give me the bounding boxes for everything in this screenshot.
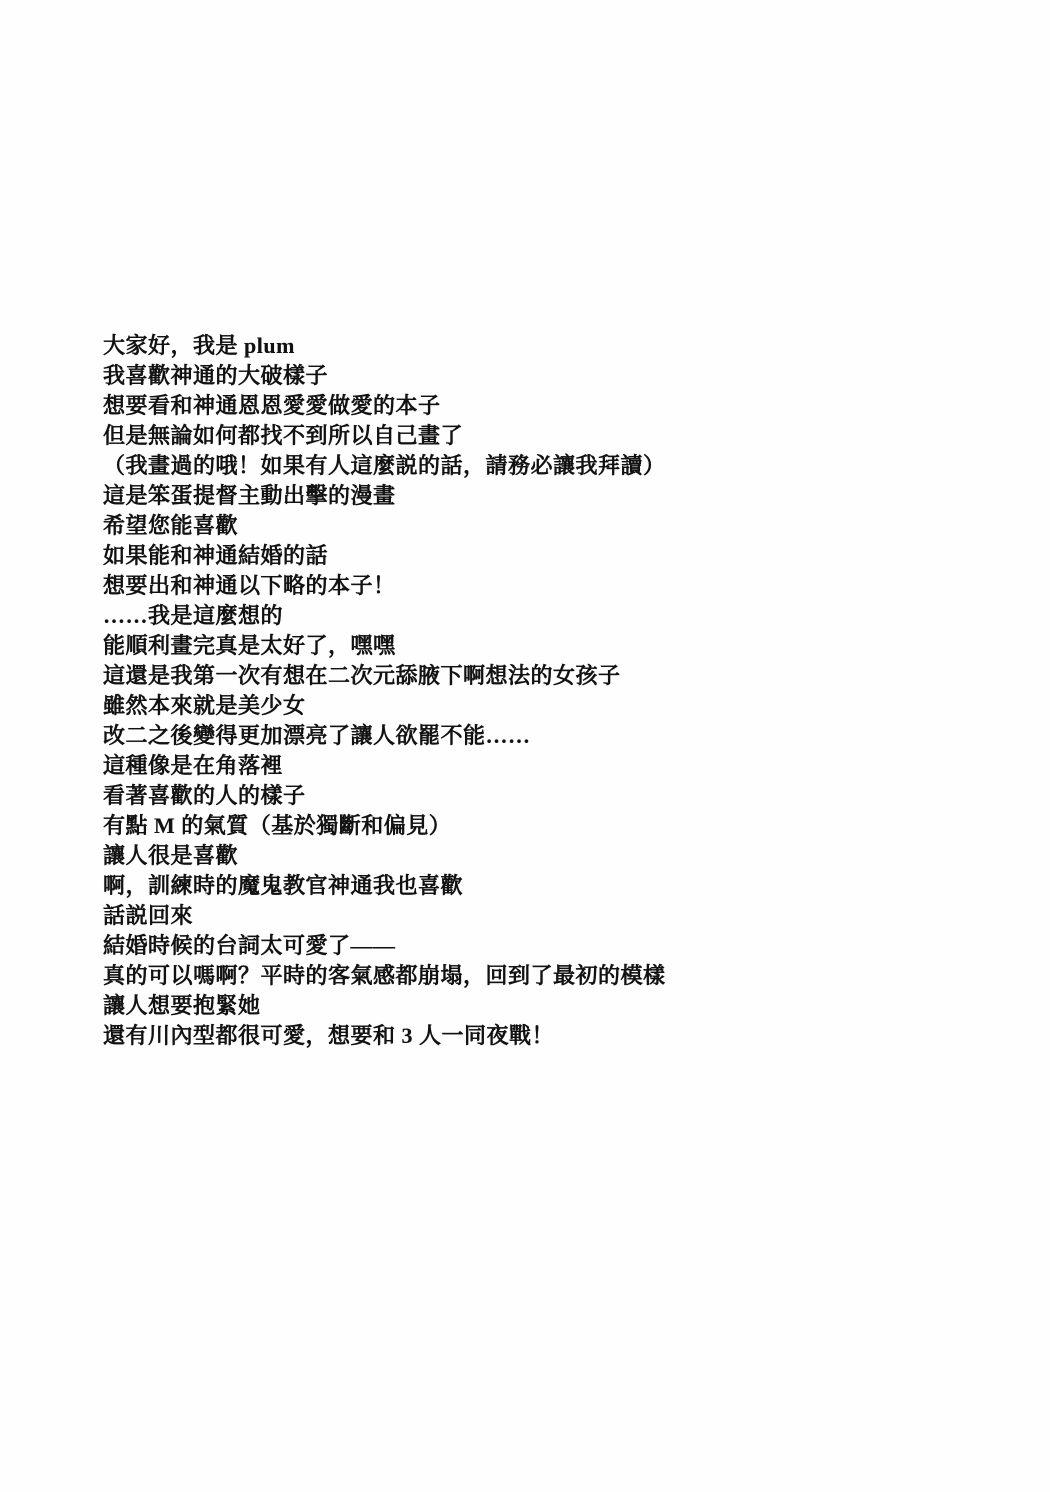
text-line: ……我是這麼想的 xyxy=(103,601,963,631)
text-line: 這是笨蛋提督主動出擊的漫畫 xyxy=(103,481,963,511)
text-line: 讓人想要抱緊她 xyxy=(103,991,963,1021)
text-line: 我喜歡神通的大破樣子 xyxy=(103,361,963,391)
text-line: 想要看和神通恩恩愛愛做愛的本子 xyxy=(103,391,963,421)
text-line: （我畫過的哦！如果有人這麼説的話，請務必讓我拜讀） xyxy=(103,451,963,481)
text-line: 如果能和神通結婚的話 xyxy=(103,541,963,571)
text-line: 啊，訓練時的魔鬼教官神通我也喜歡 xyxy=(103,871,963,901)
text-line: 希望您能喜歡 xyxy=(103,511,963,541)
text-line: 這還是我第一次有想在二次元舔腋下啊想法的女孩子 xyxy=(103,661,963,691)
text-line: 還有川內型都很可愛，想要和 3 人一同夜戰！ xyxy=(103,1021,963,1051)
text-line: 這種像是在角落裡 xyxy=(103,751,963,781)
text-line: 話説回來 xyxy=(103,901,963,931)
text-line: 結婚時候的台詞太可愛了—— xyxy=(103,931,963,961)
text-line: 但是無論如何都找不到所以自己畫了 xyxy=(103,421,963,451)
text-line: 雖然本來就是美少女 xyxy=(103,691,963,721)
text-line: 讓人很是喜歡 xyxy=(103,841,963,871)
text-line: 大家好，我是 plum xyxy=(103,331,963,361)
text-line: 能順利畫完真是太好了，嘿嘿 xyxy=(103,631,963,661)
text-line: 有點 M 的氣質（基於獨斷和偏見） xyxy=(103,811,963,841)
text-line: 改二之後變得更加漂亮了讓人欲罷不能…… xyxy=(103,721,963,751)
text-line: 想要出和神通以下略的本子！ xyxy=(103,571,963,601)
scanned-page: 大家好，我是 plum 我喜歡神通的大破樣子 想要看和神通恩恩愛愛做愛的本子 但… xyxy=(0,0,1050,1492)
afterword-text-block: 大家好，我是 plum 我喜歡神通的大破樣子 想要看和神通恩恩愛愛做愛的本子 但… xyxy=(103,331,963,1051)
text-line: 看著喜歡的人的樣子 xyxy=(103,781,963,811)
text-line: 真的可以嗎啊？平時的客氣感都崩塌，回到了最初的模樣 xyxy=(103,961,963,991)
